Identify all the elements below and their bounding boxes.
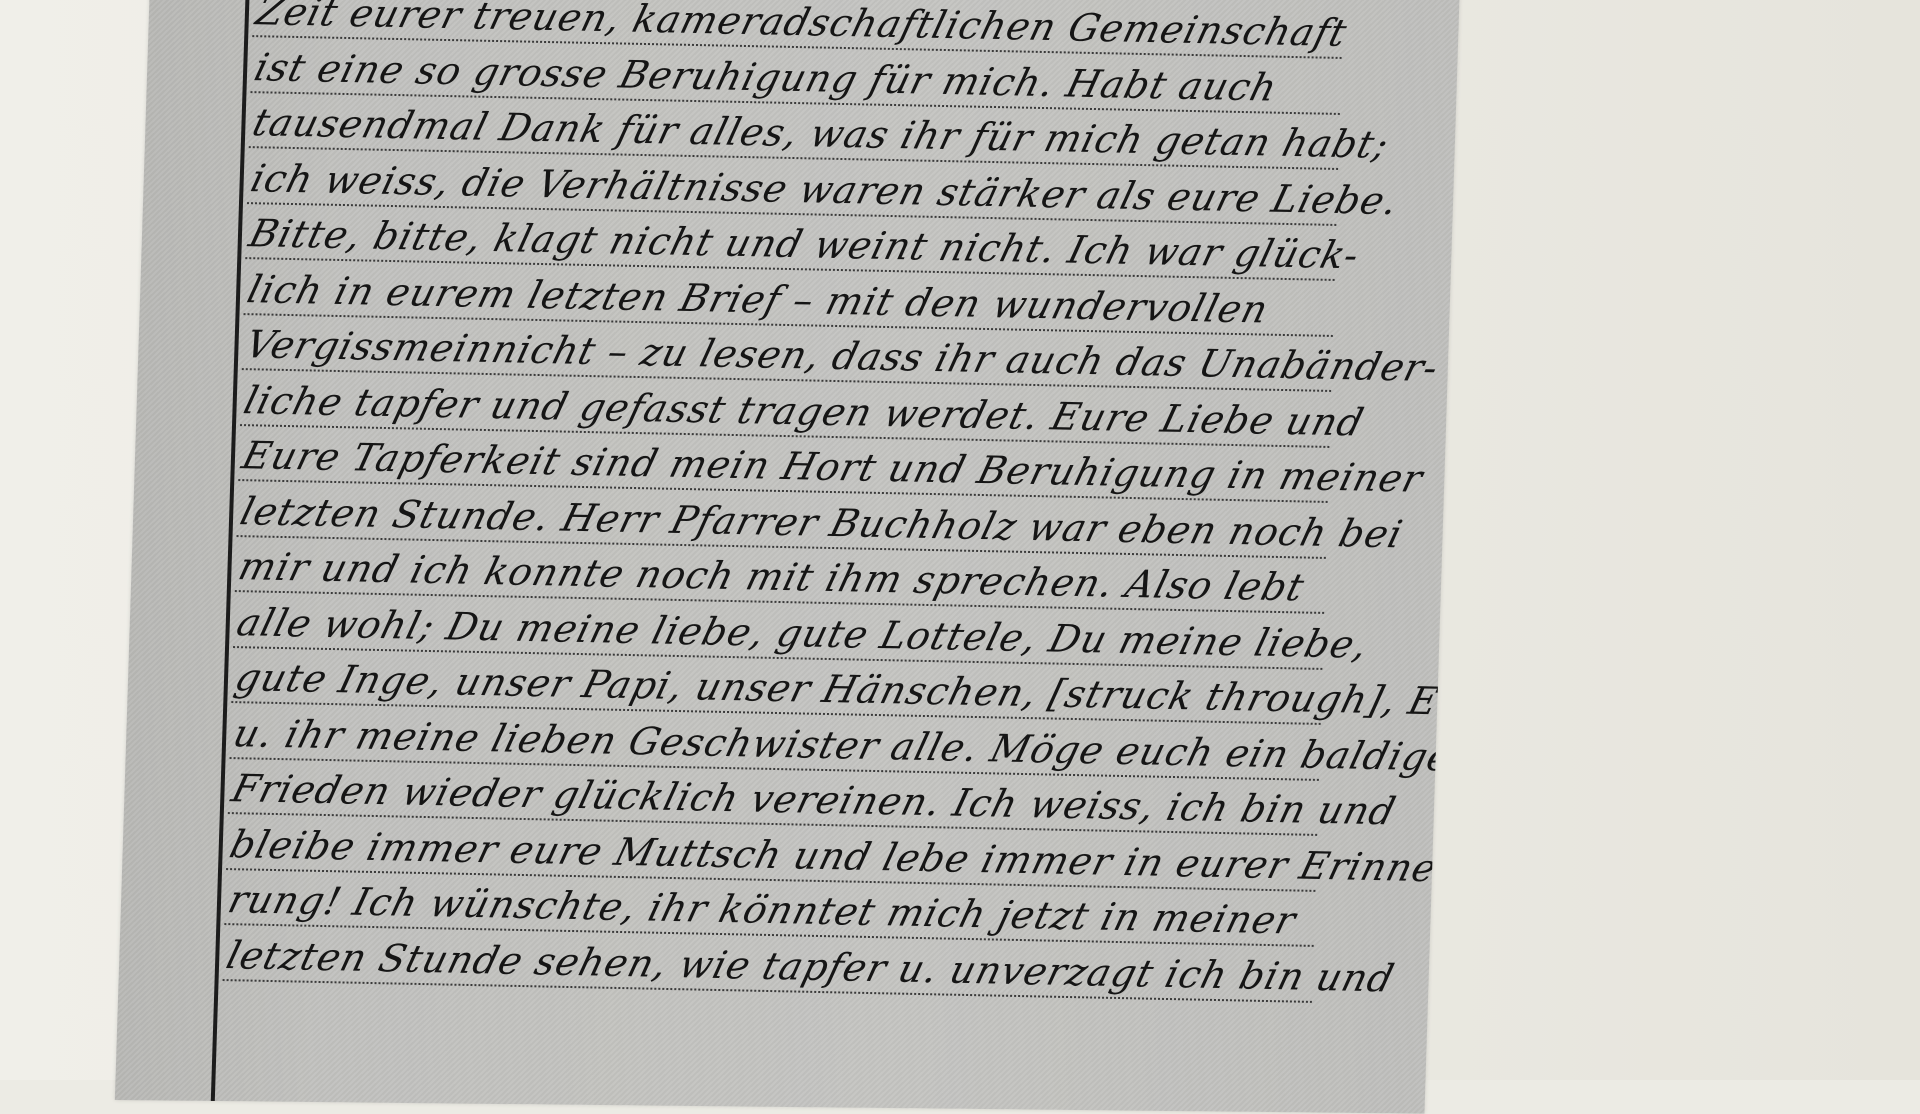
letter-body: Zeit eurer treuen, kameradschaftlichen G… <box>223 0 1420 992</box>
letter-page: Zeit eurer treuen, kameradschaftlichen G… <box>115 0 1460 1080</box>
